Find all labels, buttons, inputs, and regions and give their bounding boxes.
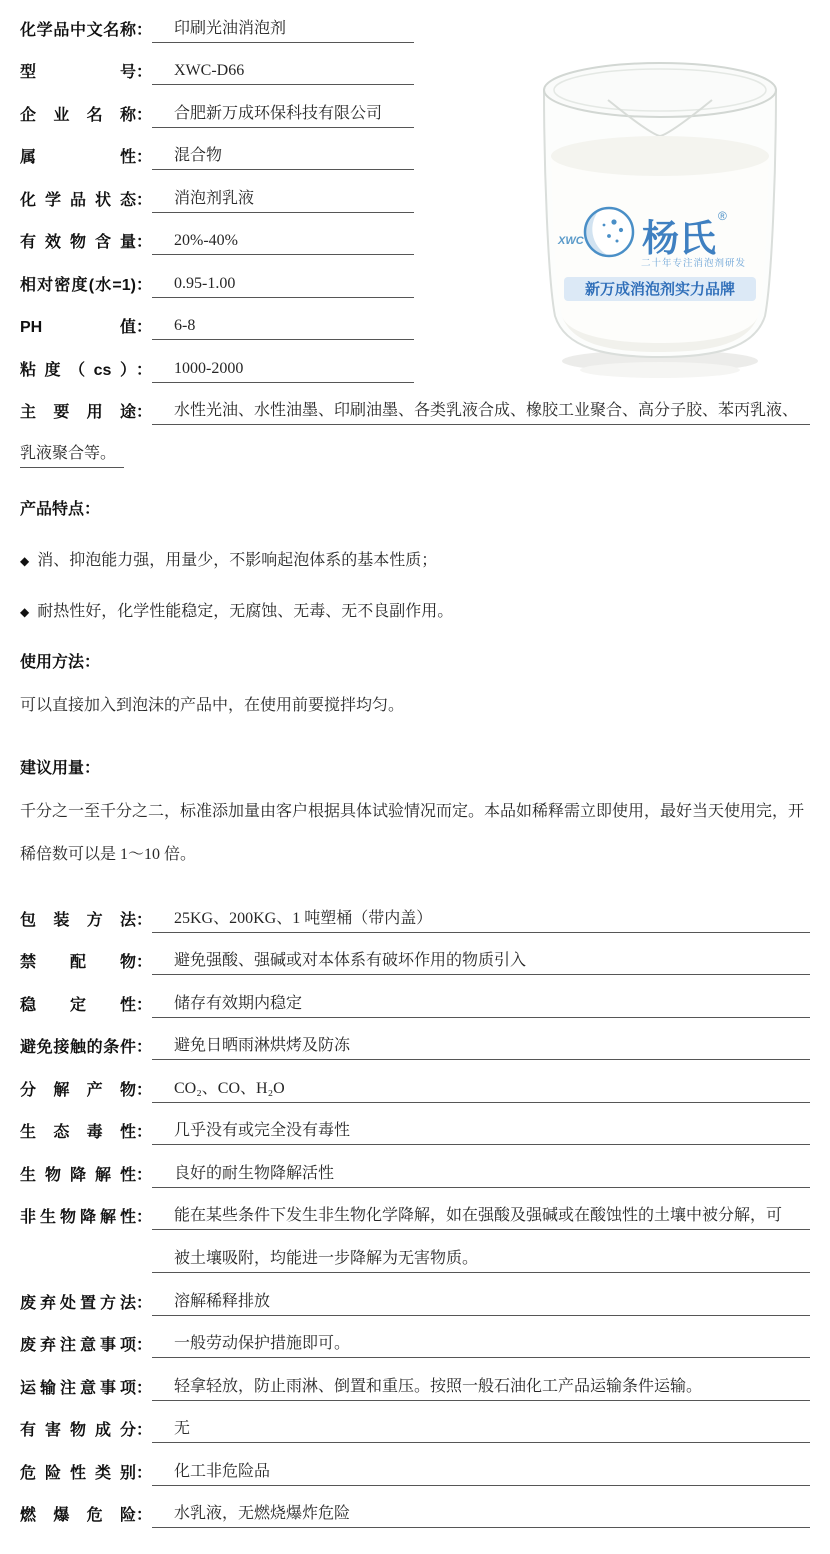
field-label-text: 企业名称	[20, 102, 136, 125]
field-label-colon: ：	[136, 1077, 152, 1100]
field-value: 合肥新万成环保科技有限公司	[152, 100, 414, 128]
field-value: 储存有效期内稳定	[152, 990, 810, 1018]
field-label-colon: ：	[136, 144, 152, 167]
diamond-bullet-icon: ◆	[20, 554, 29, 568]
field-label: 燃爆危险：	[20, 1502, 152, 1528]
brand-banner: 新万成消泡剂实力品牌	[564, 277, 756, 301]
brand-abbr: XWC	[557, 235, 585, 247]
product-photo: XWC 杨氏 ® 二十年专注消泡剂研发 新万成消泡剂实力品牌	[508, 48, 813, 383]
field-label-text: 有害物成分	[20, 1417, 136, 1440]
field-row: 避免接触的条件：避免日晒雨淋烘烤及防冻	[20, 1018, 810, 1061]
field-label-colon: ：	[136, 1119, 152, 1142]
field-label: 有效物含量：	[20, 229, 152, 255]
field-label: 废弃注意事项：	[20, 1332, 152, 1358]
field-label: 避免接触的条件：	[20, 1034, 152, 1060]
field-value: 水性光油、水性油墨、印刷油墨、各类乳液合成、橡胶工业聚合、高分子胶、苯丙乳液、	[152, 397, 810, 425]
field-row: 生物降解性：良好的耐生物降解活性	[20, 1145, 810, 1188]
field-value-line: 乳液聚合等。	[20, 440, 124, 468]
field-label-colon: ：	[136, 1460, 152, 1483]
field-value: 避免强酸、强碱或对本体系有破坏作用的物质引入	[152, 947, 810, 975]
field-label-colon: ：	[136, 1034, 152, 1057]
field-row: 废弃处置方法：溶解稀释排放	[20, 1273, 810, 1316]
field-label-text: 非生物降解性	[20, 1204, 136, 1227]
bullet-item: ◆耐热性好，化学性能稳定，无腐蚀、无毒、无不良副作用。	[20, 598, 810, 621]
field-label-text: 稳定性	[20, 992, 136, 1015]
field-row: 分解产物：CO₂、CO、H₂O	[20, 1060, 810, 1103]
field-label-colon: ：	[136, 1290, 152, 1313]
field-value: 25KG、200KG、1 吨塑桶（带内盖）	[152, 905, 810, 933]
field-label-colon: ：	[136, 399, 152, 422]
section-heading: 产品特点：	[20, 496, 810, 519]
field-label-colon: ：	[136, 1162, 152, 1185]
field-label: 生物降解性：	[20, 1162, 152, 1188]
field-value: 20%-40%	[152, 232, 414, 255]
field-label: 相对密度(水=1)：	[20, 272, 152, 298]
field-label-colon: ：	[136, 272, 152, 295]
field-label-text: 废弃注意事项	[20, 1332, 136, 1355]
field-value: 几乎没有或完全没有毒性	[152, 1117, 810, 1145]
field-row: 稳定性：储存有效期内稳定	[20, 975, 810, 1018]
field-row: 运输注意事项：轻拿轻放，防止雨淋、倒置和重压。按照一般石油化工产品运输条件运输。	[20, 1358, 810, 1401]
document-page: XWC 杨氏 ® 二十年专注消泡剂研发 新万成消泡剂实力品牌	[0, 0, 830, 1554]
field-label-text: 化学品中文名称	[20, 17, 136, 40]
field-label-text: 禁配物	[20, 949, 136, 972]
field-label: 型号：	[20, 59, 152, 85]
field-value: 无	[152, 1415, 810, 1443]
field-label: PH值：	[20, 314, 152, 340]
field-label-colon: ：	[136, 59, 152, 82]
field-value: 轻拿轻放，防止雨淋、倒置和重压。按照一般石油化工产品运输条件运输。	[152, 1373, 810, 1401]
field-row: 危险性类别：化工非危险品	[20, 1443, 810, 1486]
field-label-text: 属性	[20, 144, 136, 167]
field-value: XWC-D66	[152, 62, 414, 85]
field-label-text: 运输注意事项	[20, 1375, 136, 1398]
text-sections: 产品特点：◆消、抑泡能力强，用量少，不影响起泡体系的基本性质；◆耐热性好，化学性…	[20, 496, 810, 876]
field-value: 0.95-1.00	[152, 275, 414, 298]
field-label-colon: ：	[136, 229, 152, 252]
field-label-text: 废弃处置方法	[20, 1290, 136, 1313]
field-value: 能在某些条件下发生非生物化学降解，如在强酸及强碱或在酸蚀性的土壤中被分解，可	[152, 1202, 810, 1230]
field-label-colon: ：	[136, 1375, 152, 1398]
field-label-colon: ：	[136, 949, 152, 972]
field-value: 水乳液，无燃烧爆炸危险	[152, 1500, 810, 1528]
field-row: 废弃注意事项：一般劳动保护措施即可。	[20, 1316, 810, 1359]
field-value-continuation: 被土壤吸附，均能进一步降解为无害物质。	[152, 1230, 810, 1273]
field-label-colon: ：	[136, 102, 152, 125]
paragraph: 可以直接加入到泡沫的产品中，在使用前要搅拌均匀。	[20, 684, 810, 727]
field-label: 运输注意事项：	[20, 1375, 152, 1401]
field-label-text: 型号	[20, 59, 136, 82]
field-value: 6-8	[152, 317, 414, 340]
field-row: 化学品中文名称：印刷光油消泡剂	[20, 0, 810, 43]
field-label-colon: ：	[136, 1204, 152, 1227]
field-label-text: PH值	[20, 314, 136, 337]
bullet-text: 消、抑泡能力强，用量少，不影响起泡体系的基本性质；	[37, 552, 437, 569]
registered-mark-icon: ®	[718, 209, 727, 223]
field-label-colon: ：	[136, 1332, 152, 1355]
field-label-text: 避免接触的条件	[20, 1034, 136, 1057]
field-label-text: 分解产物	[20, 1077, 136, 1100]
field-label-colon: ：	[136, 17, 152, 40]
field-label: 稳定性：	[20, 992, 152, 1018]
bottom-field-list: 包装方法：25KG、200KG、1 吨塑桶（带内盖）禁配物：避免强酸、强碱或对本…	[20, 890, 810, 1528]
field-row: 主要用途：水性光油、水性油墨、印刷油墨、各类乳液合成、橡胶工业聚合、高分子胶、苯…	[20, 383, 810, 426]
field-label: 禁配物：	[20, 949, 152, 975]
brand-banner-text: 新万成消泡剂实力品牌	[585, 280, 735, 298]
field-label: 主要用途：	[20, 399, 152, 425]
field-row: 燃爆危险：水乳液，无燃烧爆炸危险	[20, 1486, 810, 1529]
field-value: 混合物	[152, 142, 414, 170]
field-label-colon: ：	[136, 187, 152, 210]
bullet-text: 耐热性好，化学性能稳定，无腐蚀、无毒、无不良副作用。	[37, 603, 453, 620]
field-label: 粘度（cs）：	[20, 357, 152, 383]
field-label-colon: ：	[136, 314, 152, 337]
field-label-text: 有效物含量	[20, 229, 136, 252]
field-value-continuation: 乳液聚合等。	[20, 425, 810, 468]
brand-name: 杨氏	[642, 218, 717, 260]
field-value: 印刷光油消泡剂	[152, 15, 414, 43]
field-label-colon: ：	[136, 992, 152, 1015]
field-value: 化工非危险品	[152, 1458, 810, 1486]
field-value: 1000-2000	[152, 360, 414, 383]
usage-field: 主要用途：水性光油、水性油墨、印刷油墨、各类乳液合成、橡胶工业聚合、高分子胶、苯…	[20, 383, 810, 469]
field-label-text: 化学品状态	[20, 187, 136, 210]
field-row: 包装方法：25KG、200KG、1 吨塑桶（带内盖）	[20, 890, 810, 933]
section-heading: 使用方法：	[20, 649, 810, 672]
section-heading: 建议用量：	[20, 755, 810, 778]
field-label: 非生物降解性：	[20, 1204, 152, 1230]
field-label: 化学品状态：	[20, 187, 152, 213]
field-value: 消泡剂乳液	[152, 185, 414, 213]
field-label: 包装方法：	[20, 907, 152, 933]
field-label-text: 生物降解性	[20, 1162, 136, 1185]
field-label: 废弃处置方法：	[20, 1290, 152, 1316]
field-label-text: 粘度（cs）	[20, 357, 136, 380]
beaker-illustration: XWC 杨氏 ® 二十年专注消泡剂研发 新万成消泡剂实力品牌	[508, 48, 813, 383]
field-label: 有害物成分：	[20, 1417, 152, 1443]
diamond-bullet-icon: ◆	[20, 605, 29, 619]
field-row: 非生物降解性：能在某些条件下发生非生物化学降解，如在强酸及强碱或在酸蚀性的土壤中…	[20, 1188, 810, 1231]
field-label-colon: ：	[136, 1417, 152, 1440]
field-value: CO₂、CO、H₂O	[152, 1075, 810, 1103]
field-label-colon: ：	[136, 1502, 152, 1525]
field-label-text: 主要用途	[20, 399, 136, 422]
field-value: 溶解稀释排放	[152, 1288, 810, 1316]
bullet-item: ◆消、抑泡能力强，用量少，不影响起泡体系的基本性质；	[20, 547, 810, 570]
brand-tagline: 二十年专注消泡剂研发	[641, 257, 746, 269]
field-label: 危险性类别：	[20, 1460, 152, 1486]
field-label: 企业名称：	[20, 102, 152, 128]
paragraph: 千分之一至千分之二，标准添加量由客户根据具体试验情况而定。本品如稀释需立即使用，…	[20, 790, 810, 876]
field-label-text: 危险性类别	[20, 1460, 136, 1483]
crescent-moon-icon	[585, 208, 633, 256]
field-row: 禁配物：避免强酸、强碱或对本体系有破坏作用的物质引入	[20, 933, 810, 976]
field-label-text: 燃爆危险	[20, 1502, 136, 1525]
field-row: 有害物成分：无	[20, 1401, 810, 1444]
field-value: 良好的耐生物降解活性	[152, 1160, 810, 1188]
field-label-text: 生态毒性	[20, 1119, 136, 1142]
field-label-text: 包装方法	[20, 907, 136, 930]
field-label-text: 相对密度(水=1)	[20, 272, 136, 295]
field-label: 属性：	[20, 144, 152, 170]
field-value-line: 被土壤吸附，均能进一步降解为无害物质。	[152, 1245, 810, 1273]
field-row: 生态毒性：几乎没有或完全没有毒性	[20, 1103, 810, 1146]
field-label: 分解产物：	[20, 1077, 152, 1103]
field-value: 避免日晒雨淋烘烤及防冻	[152, 1032, 810, 1060]
field-label: 生态毒性：	[20, 1119, 152, 1145]
field-label: 化学品中文名称：	[20, 17, 152, 43]
field-label-colon: ：	[136, 907, 152, 930]
field-value: 一般劳动保护措施即可。	[152, 1330, 810, 1358]
field-label-colon: ：	[136, 357, 152, 380]
